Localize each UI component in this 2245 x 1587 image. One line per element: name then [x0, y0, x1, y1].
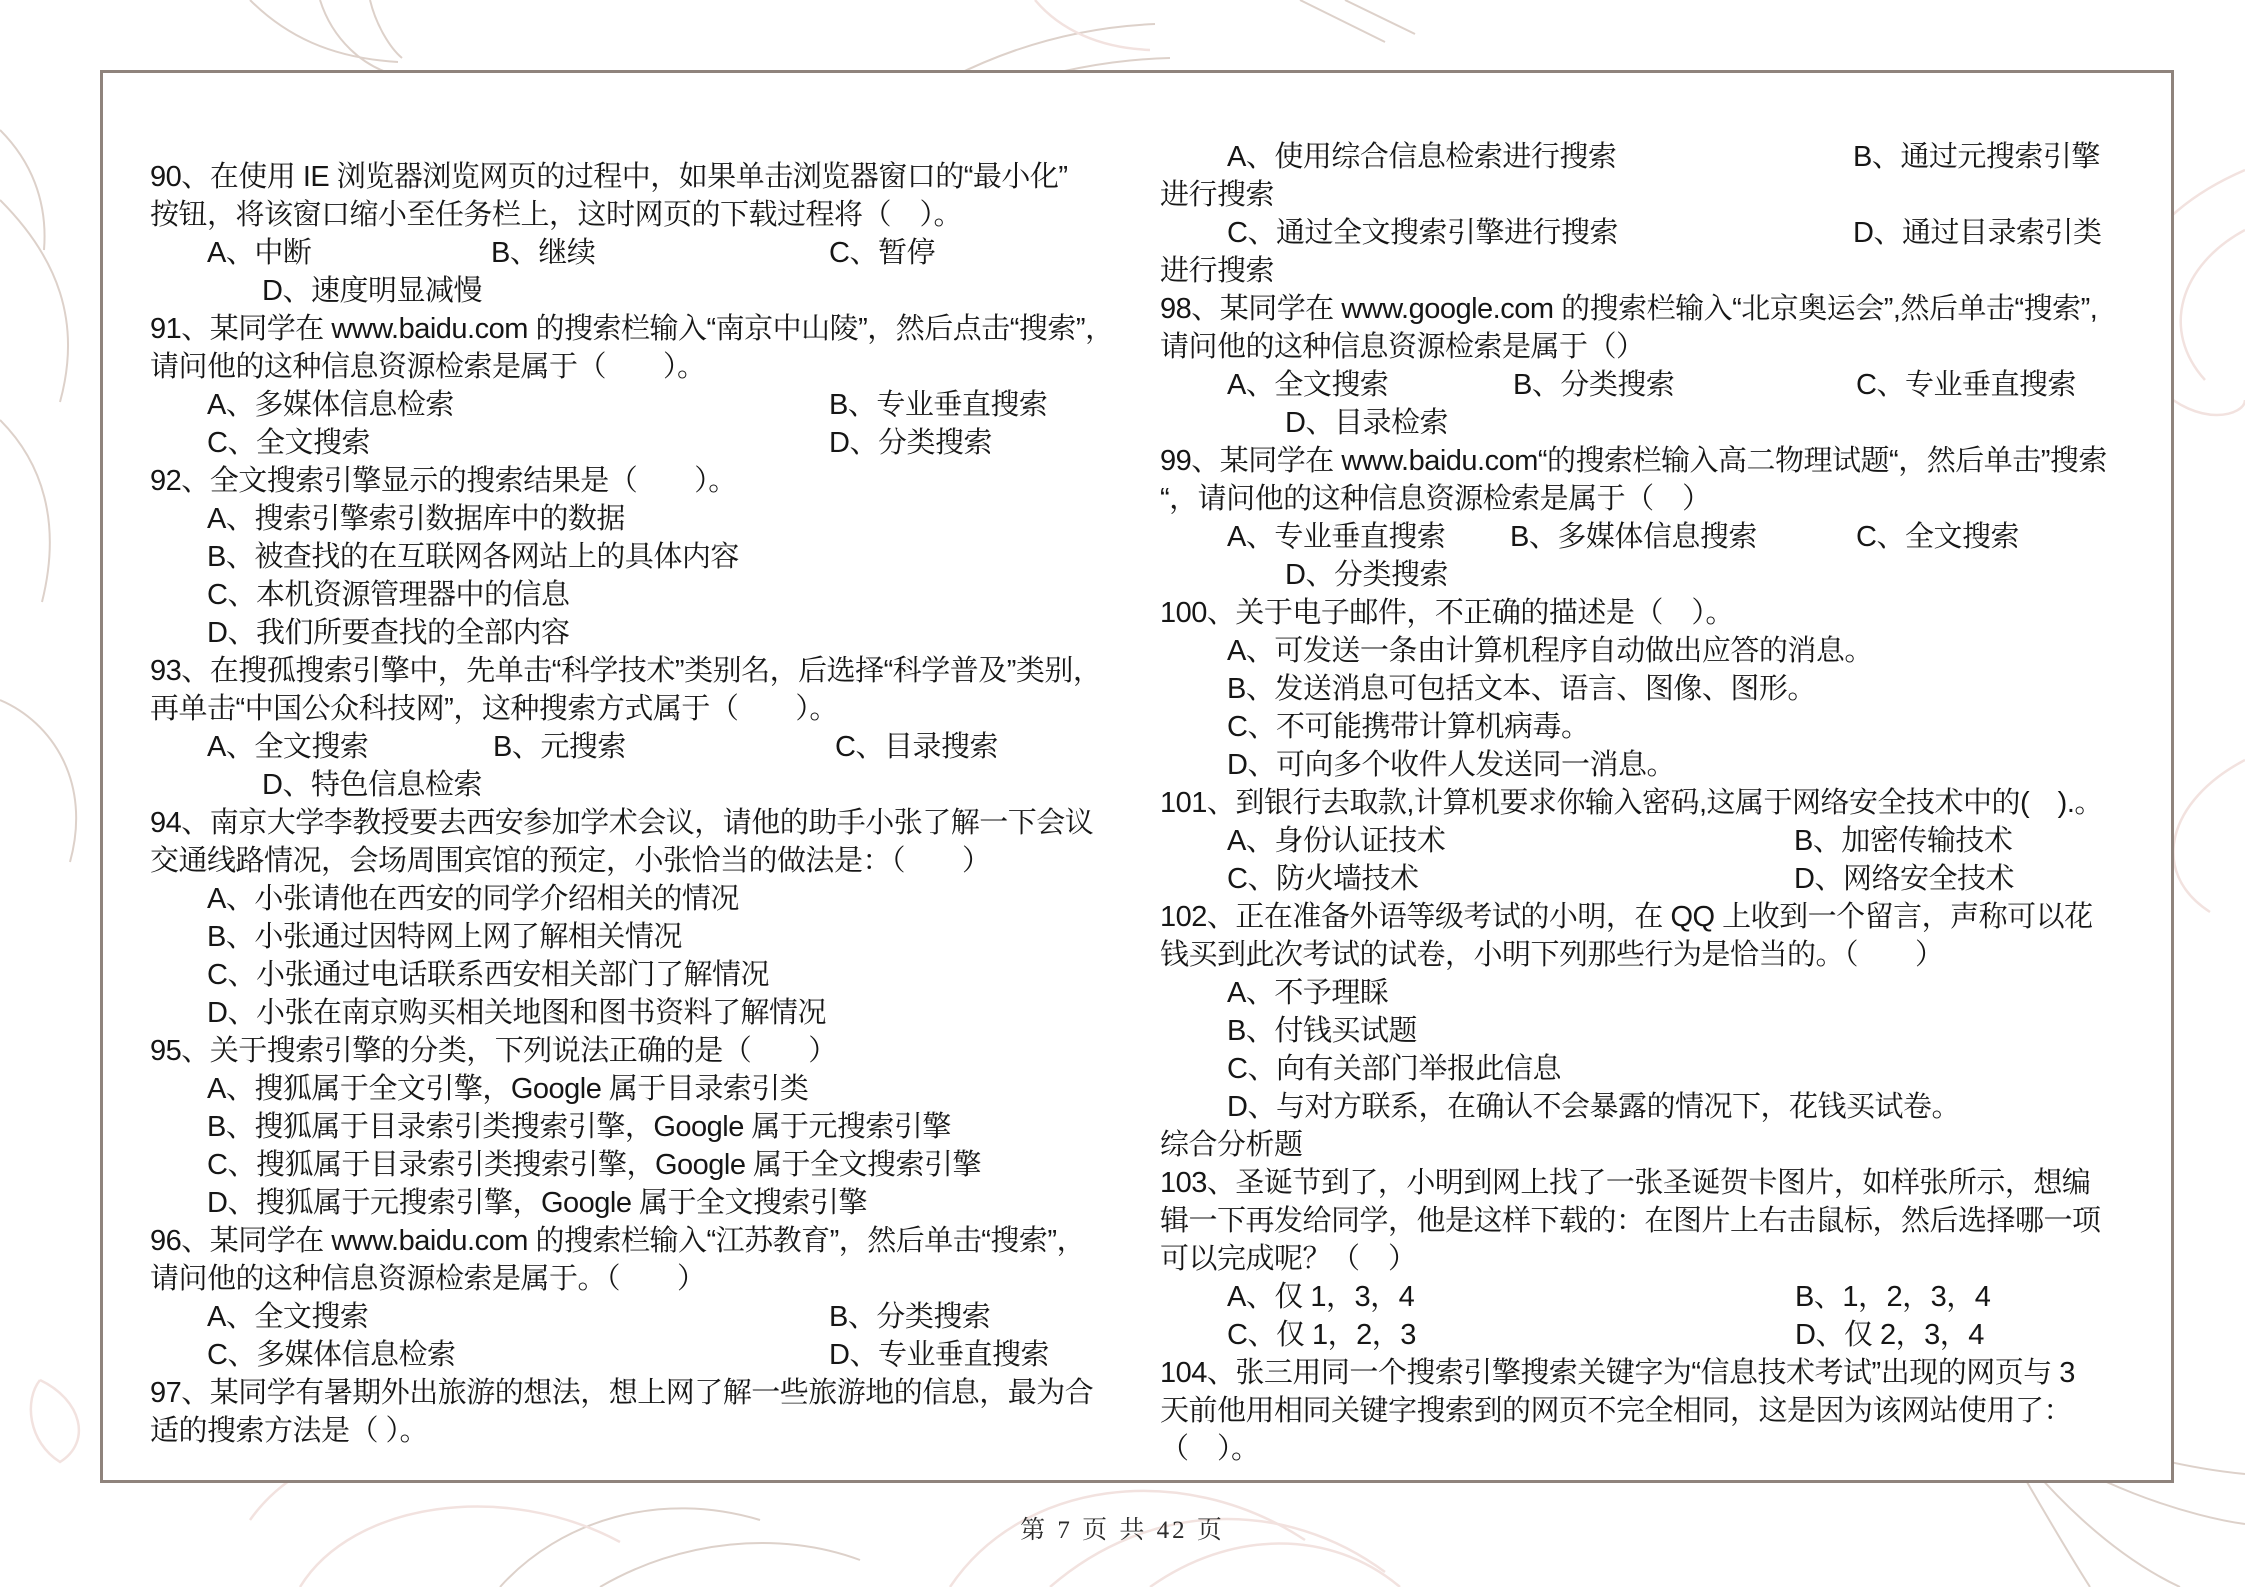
text-line: 钱买到此次考试的试卷，小明下列那些行为是恰当的。（ ）	[0, 936, 2245, 974]
text-line: （ ）。	[0, 1430, 2245, 1468]
text-segment: A、仅 1，3，4	[1227, 1278, 1414, 1316]
text-segment: 98、某同学在 www.google.com 的搜索栏输入“北京奥运会”,然后单…	[1160, 290, 2097, 328]
text-line: A、不予理睬	[0, 974, 2245, 1012]
text-segment: B、加密传输技术	[1794, 822, 2012, 860]
text-line: 请问他的这种信息资源检索是属于（）	[0, 328, 2245, 366]
text-segment: B、分类搜索	[1513, 366, 1674, 404]
text-line: 100、关于电子邮件，不正确的描述是（ ）。	[0, 594, 2245, 632]
text-segment: B、通过元搜索引擎	[1853, 138, 2100, 176]
text-segment: 进行搜索	[1160, 176, 1274, 214]
text-line: 辑一下再发给同学，他是这样下载的：在图片上右击鼠标，然后选择哪一项	[0, 1202, 2245, 1240]
text-segment: D、分类搜索	[1285, 556, 1448, 594]
text-segment: 钱买到此次考试的试卷，小明下列那些行为是恰当的。（ ）	[1160, 936, 1944, 974]
text-line: B、发送消息可包括文本、语言、图像、图形。	[0, 670, 2245, 708]
text-line: 天前他用相同关键字搜索到的网页不完全相同，这是因为该网站使用了：	[0, 1392, 2245, 1430]
text-segment: 综合分析题	[1160, 1126, 1303, 1164]
text-segment: 102、正在准备外语等级考试的小明，在 QQ 上收到一个留言，声称可以花	[1160, 898, 2093, 936]
text-segment: C、仅 1，2，3	[1227, 1316, 1416, 1354]
text-line: C、仅 1，2，3D、仅 2，3，4	[0, 1316, 2245, 1354]
text-line: C、防火墙技术D、网络安全技术	[0, 860, 2245, 898]
text-line: 98、某同学在 www.google.com 的搜索栏输入“北京奥运会”,然后单…	[0, 290, 2245, 328]
text-line: A、专业垂直搜索B、多媒体信息搜索C、全文搜索	[0, 518, 2245, 556]
text-segment: A、使用综合信息检索进行搜索	[1227, 138, 1616, 176]
text-line: 99、某同学在 www.baidu.com“的搜索栏输入高二物理试题“，然后单击…	[0, 442, 2245, 480]
text-segment: D、可向多个收件人发送同一消息。	[1227, 746, 1675, 784]
text-segment: D、通过目录索引类	[1853, 214, 2101, 252]
text-line: 104、张三用同一个搜索引擎搜索关键字为“信息技术考试”出现的网页与 3	[0, 1354, 2245, 1392]
text-line: 102、正在准备外语等级考试的小明，在 QQ 上收到一个留言，声称可以花	[0, 898, 2245, 936]
text-line: A、可发送一条由计算机程序自动做出应答的消息。	[0, 632, 2245, 670]
text-segment: A、身份认证技术	[1227, 822, 1445, 860]
text-segment: “，请问他的这种信息资源检索是属于（ ）	[1160, 480, 1711, 518]
text-segment: A、全文搜索	[1227, 366, 1388, 404]
text-line: D、与对方联系，在确认不会暴露的情况下，花钱买试卷。	[0, 1088, 2245, 1126]
text-segment: 天前他用相同关键字搜索到的网页不完全相同，这是因为该网站使用了：	[1160, 1392, 2072, 1430]
text-line: A、使用综合信息检索进行搜索B、通过元搜索引擎	[0, 138, 2245, 176]
text-line: A、仅 1，3，4B、1，2，3，4	[0, 1278, 2245, 1316]
text-line: C、不可能携带计算机病毒。	[0, 708, 2245, 746]
text-segment: D、仅 2，3，4	[1795, 1316, 1984, 1354]
text-line: 综合分析题	[0, 1126, 2245, 1164]
text-line: D、分类搜索	[0, 556, 2245, 594]
text-line: 103、圣诞节到了，小明到网上找了一张圣诞贺卡图片，如样张所示，想编	[0, 1164, 2245, 1202]
text-segment: C、防火墙技术	[1227, 860, 1418, 898]
text-segment: B、多媒体信息搜索	[1510, 518, 1757, 556]
text-segment: 103、圣诞节到了，小明到网上找了一张圣诞贺卡图片，如样张所示，想编	[1160, 1164, 2090, 1202]
text-segment: （ ）。	[1160, 1430, 1260, 1468]
text-line: A、身份认证技术B、加密传输技术	[0, 822, 2245, 860]
text-segment: 99、某同学在 www.baidu.com“的搜索栏输入高二物理试题“，然后单击…	[1160, 442, 2107, 480]
text-segment: 可以完成呢？（ ）	[1160, 1240, 1417, 1278]
text-segment: C、不可能携带计算机病毒。	[1227, 708, 1589, 746]
text-segment: C、全文搜索	[1856, 518, 2019, 556]
text-segment: B、1，2，3，4	[1795, 1278, 1990, 1316]
text-line: 可以完成呢？（ ）	[0, 1240, 2245, 1278]
text-line: A、全文搜索B、分类搜索C、专业垂直搜索	[0, 366, 2245, 404]
text-line: D、目录检索	[0, 404, 2245, 442]
text-line: C、通过全文搜索引擎进行搜索D、通过目录索引类	[0, 214, 2245, 252]
text-line: 进行搜索	[0, 176, 2245, 214]
text-segment: B、付钱买试题	[1227, 1012, 1417, 1050]
text-segment: 请问他的这种信息资源检索是属于（）	[1160, 328, 1645, 366]
text-segment: B、发送消息可包括文本、语言、图像、图形。	[1227, 670, 1816, 708]
text-line: D、可向多个收件人发送同一消息。	[0, 746, 2245, 784]
text-segment: C、向有关部门举报此信息	[1227, 1050, 1561, 1088]
text-segment: C、通过全文搜索引擎进行搜索	[1227, 214, 1618, 252]
text-segment: D、网络安全技术	[1794, 860, 2014, 898]
page-footer: 第 7 页 共 42 页	[0, 1510, 2245, 1546]
text-line: C、向有关部门举报此信息	[0, 1050, 2245, 1088]
text-line: 101、到银行去取款,计算机要求你输入密码,这属于网络安全技术中的( ).。	[0, 784, 2245, 822]
exam-text-layer: 90、在使用 IE 浏览器浏览网页的过程中，如果单击浏览器窗口的“最小化”按钮，…	[0, 0, 2245, 1587]
text-line: 进行搜索	[0, 252, 2245, 290]
text-segment: 辑一下再发给同学，他是这样下载的：在图片上右击鼠标，然后选择哪一项	[1160, 1202, 2101, 1240]
text-segment: 进行搜索	[1160, 252, 1274, 290]
text-segment: A、可发送一条由计算机程序自动做出应答的消息。	[1227, 632, 1873, 670]
text-segment: D、目录检索	[1285, 404, 1448, 442]
text-line: “，请问他的这种信息资源检索是属于（ ）	[0, 480, 2245, 518]
text-segment: 100、关于电子邮件，不正确的描述是（ ）。	[1160, 594, 1734, 632]
text-segment: A、不予理睬	[1227, 974, 1388, 1012]
text-segment: D、与对方联系，在确认不会暴露的情况下，花钱买试卷。	[1227, 1088, 1960, 1126]
text-line: B、付钱买试题	[0, 1012, 2245, 1050]
text-segment: C、专业垂直搜索	[1856, 366, 2076, 404]
text-segment: A、专业垂直搜索	[1227, 518, 1445, 556]
text-segment: 101、到银行去取款,计算机要求你输入密码,这属于网络安全技术中的( ).。	[1160, 784, 2103, 822]
text-segment: 104、张三用同一个搜索引擎搜索关键字为“信息技术考试”出现的网页与 3	[1160, 1354, 2075, 1392]
